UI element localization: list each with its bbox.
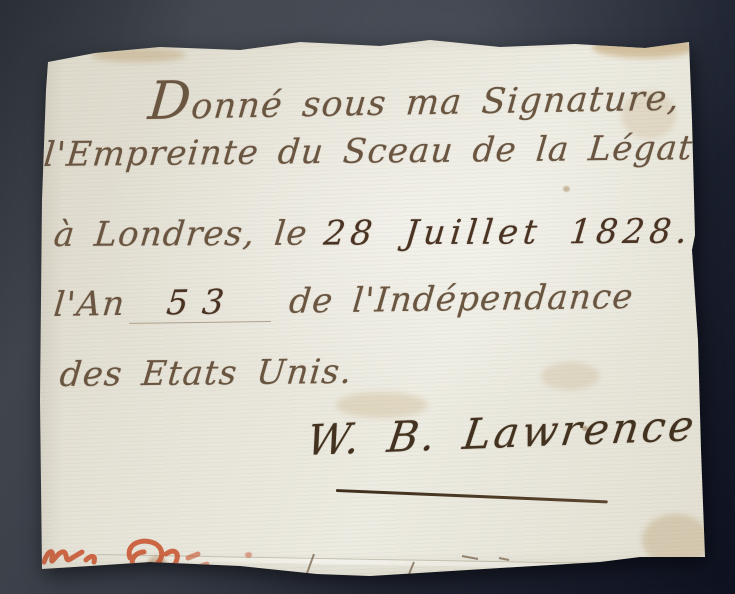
paper-shadow: Donné sous ma Signature, et l'Empreinte … [36, 36, 708, 580]
manuscript-paper: Donné sous ma Signature, et l'Empreinte … [36, 36, 708, 580]
year-fill: 53 [165, 282, 240, 323]
signature: W. B. Lawrence [304, 401, 700, 465]
manuscript-line-3: à Londres, le28 Juillet 1828. [52, 212, 694, 255]
cut-off-ink-strokes [294, 548, 524, 578]
signature-flourish [336, 489, 608, 503]
manuscript-line-4: l'An53de l'Indépendance [52, 277, 635, 325]
manuscript-line-1: Donné sous ma Signature, et [146, 61, 735, 132]
paper-stain [541, 362, 599, 390]
line-4-formula-post: de l'Indépendance [287, 277, 635, 322]
red-ink-marks [38, 528, 248, 583]
blank-underline: 53 [130, 285, 275, 324]
paper-stain [91, 48, 186, 62]
date-fill: 28 Juillet 1828. [322, 212, 694, 254]
line-4-formula-pre: l'An [52, 284, 127, 325]
manuscript-line-5: des Etats Unis. [58, 352, 354, 395]
line-3-formula-text: à Londres, le [52, 214, 310, 255]
paper-stain [592, 36, 696, 58]
paper-stain [642, 514, 710, 566]
paper-stain [563, 186, 570, 192]
manuscript-line-2: l'Empreinte du Sceau de la Légation, [42, 127, 735, 175]
photo-backdrop: Donné sous ma Signature, et l'Empreinte … [0, 0, 735, 594]
